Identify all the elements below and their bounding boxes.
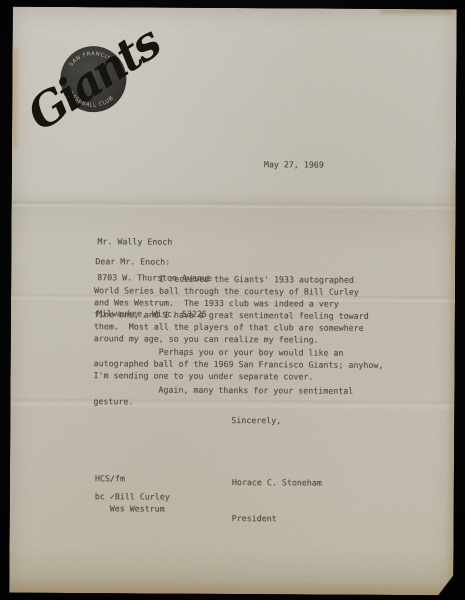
blind-copy-line: bc ✓Bill Curley Wes Westrum <box>95 490 170 514</box>
paper-edge-toning-bottom <box>9 580 453 596</box>
recipient-name: Mr. Wally Enoch <box>97 235 212 248</box>
logo-script-giants: Giants <box>18 15 171 141</box>
signature-name: Horace C. Stoneham <box>232 476 322 489</box>
body-paragraph-1: I received the Giants' 1933 autographed … <box>94 272 369 346</box>
signature-block: Horace C. Stoneham President <box>231 452 322 549</box>
signature-title: President <box>232 512 322 525</box>
paper-edge-smudge-top <box>381 9 453 16</box>
letter-date: May 27, 1969 <box>264 158 324 170</box>
typist-initials: HCS/fm <box>95 472 125 484</box>
letter-paper: SAN FRANCISCO BASEBALL CLUB Giants May 2… <box>9 7 457 596</box>
body-paragraph-2: Perhaps you or your boy would like an au… <box>94 345 384 383</box>
closing-line: Sincerely, <box>231 414 281 426</box>
giants-letterhead-logo: SAN FRANCISCO BASEBALL CLUB Giants <box>20 19 201 170</box>
scanned-letter-photo: SAN FRANCISCO BASEBALL CLUB Giants May 2… <box>0 0 465 600</box>
paper-edge-discoloration-right <box>446 169 456 589</box>
fold-crease-top <box>12 199 456 211</box>
body-paragraph-3: Again, many thanks for your sentimental … <box>93 383 353 409</box>
salutation: Dear Mr. Enoch: <box>95 255 170 267</box>
